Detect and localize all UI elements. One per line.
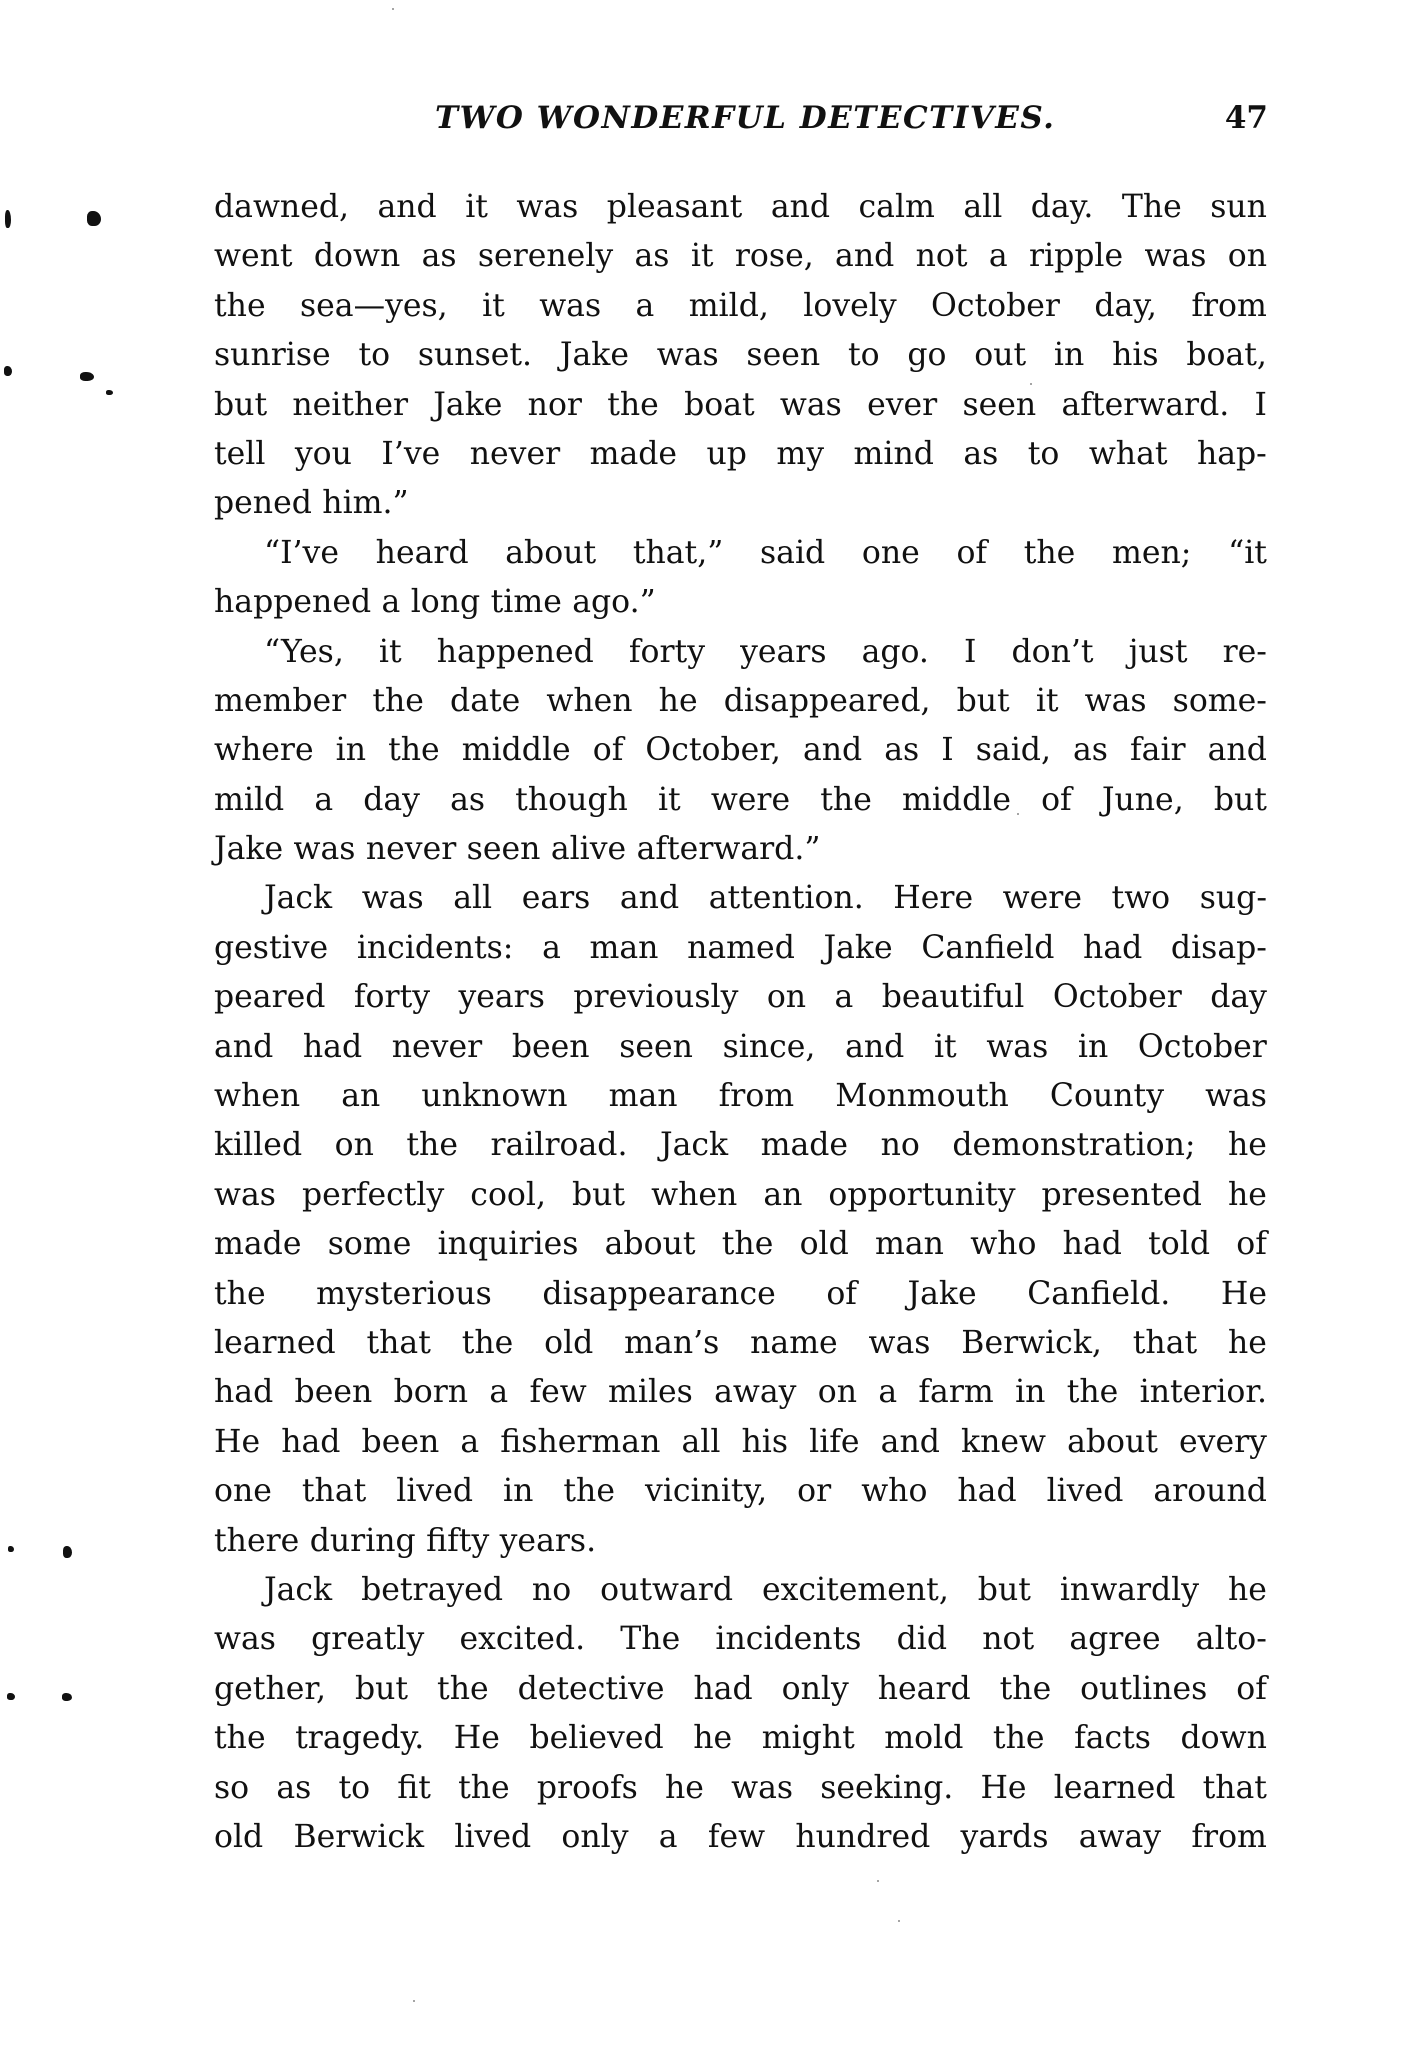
- word: but: [978, 1566, 1031, 1615]
- text-line: onethatlivedinthevicinity,orwhohadliveda…: [214, 1467, 1267, 1516]
- word: a: [989, 232, 1008, 281]
- word: He: [1221, 1270, 1267, 1319]
- word: out: [974, 331, 1026, 380]
- word: he: [693, 1714, 732, 1763]
- text-line: killedontherailroad.Jackmadenodemonstrat…: [214, 1121, 1267, 1170]
- word: to: [338, 1764, 370, 1813]
- word: years: [458, 973, 544, 1022]
- word: away: [1079, 1813, 1161, 1862]
- word: the: [607, 381, 659, 430]
- word: that,”: [633, 529, 724, 578]
- word: had: [1063, 1220, 1122, 1269]
- word: of: [593, 726, 624, 775]
- word: lived: [1047, 1467, 1124, 1516]
- word: was: [1144, 232, 1206, 281]
- word: previously: [573, 973, 738, 1022]
- word: during: [310, 1517, 416, 1566]
- word: never: [392, 1023, 482, 1072]
- body-text: dawned,anditwaspleasantandcalmallday.The…: [214, 183, 1267, 1862]
- word: County: [1050, 1072, 1164, 1121]
- word: re-: [1223, 628, 1267, 677]
- word: an: [763, 1171, 802, 1220]
- word: Jack: [264, 1566, 332, 1615]
- word: where: [214, 726, 314, 775]
- word: “I’ve: [264, 529, 339, 578]
- word: was: [869, 1319, 931, 1368]
- word: Jake: [908, 1270, 977, 1319]
- word: was: [780, 381, 842, 430]
- word: was: [294, 825, 356, 874]
- word: on: [767, 973, 806, 1022]
- word: opportunity: [828, 1171, 1015, 1220]
- word: lived: [454, 1813, 531, 1862]
- word: the: [1067, 1368, 1119, 1417]
- word: pened: [214, 479, 312, 528]
- word: demonstration;: [952, 1121, 1195, 1170]
- ink-mark: [63, 1546, 72, 1558]
- word: to: [358, 331, 390, 380]
- word: the: [437, 1665, 489, 1714]
- word: and: [377, 183, 436, 232]
- word: The: [1122, 183, 1182, 232]
- ink-mark: [5, 210, 11, 228]
- word: long: [411, 578, 481, 627]
- word: what: [1089, 430, 1168, 479]
- word: seen: [467, 825, 541, 874]
- text-line: “I’veheardaboutthat,”saidoneofthemen;“it: [214, 529, 1267, 578]
- word: and: [1208, 726, 1267, 775]
- word: peared: [214, 973, 325, 1022]
- word: fifty: [426, 1517, 489, 1566]
- word: man: [590, 924, 659, 973]
- word: sunset.: [418, 331, 532, 380]
- text-line: gestiveincidents:amannamedJakeCanfieldha…: [214, 924, 1267, 973]
- word: go: [907, 331, 946, 380]
- word: fit: [397, 1764, 431, 1813]
- text-line: thesea—yes,itwasamild,lovelyOctoberday,f…: [214, 282, 1267, 331]
- word: never: [366, 825, 456, 874]
- word: miles: [608, 1368, 693, 1417]
- word: outlines: [1080, 1665, 1207, 1714]
- word: killed: [214, 1121, 302, 1170]
- word: Monmouth: [835, 1072, 1009, 1121]
- word: hap-: [1197, 430, 1267, 479]
- text-line: wasgreatlyexcited.Theincidentsdidnotagre…: [214, 1615, 1267, 1664]
- word: Jake: [824, 924, 893, 973]
- word: member: [214, 677, 346, 726]
- ink-mark: [87, 211, 101, 226]
- word: knew: [961, 1418, 1046, 1467]
- word: of: [1236, 1665, 1267, 1714]
- text-line: penedhim.”: [214, 479, 1267, 528]
- word: day: [1210, 973, 1267, 1022]
- word: made: [761, 1121, 848, 1170]
- word: as: [1073, 726, 1108, 775]
- word: he: [659, 677, 698, 726]
- word: disappeared,: [724, 677, 931, 726]
- paper-speck: [1030, 383, 1032, 385]
- text-line: Jakewasneverseenaliveafterward.”: [214, 825, 1267, 874]
- word: Jake: [433, 381, 502, 430]
- word: were: [1003, 874, 1082, 923]
- word: detective: [518, 1665, 665, 1714]
- word: in: [336, 726, 366, 775]
- word: men;: [1112, 529, 1191, 578]
- word: Jake: [560, 331, 629, 380]
- word: it: [465, 183, 488, 232]
- ink-mark: [80, 372, 94, 381]
- paper-speck: [1017, 813, 1019, 815]
- text-line: Jackbetrayednooutwardexcitement,butinwar…: [214, 1566, 1267, 1615]
- word: middle: [902, 776, 1011, 825]
- word: dawned,: [214, 183, 349, 232]
- text-line: thetragedy.Hebelievedhemightmoldthefacts…: [214, 1714, 1267, 1763]
- text-line: tellyouI’venevermadeupmymindastowhathap-: [214, 430, 1267, 479]
- word: October: [931, 282, 1060, 331]
- word: as: [276, 1764, 311, 1813]
- word: some-: [1173, 677, 1267, 726]
- word: on: [1228, 232, 1267, 281]
- word: few: [708, 1813, 765, 1862]
- word: railroad.: [490, 1121, 627, 1170]
- word: but: [957, 677, 1010, 726]
- word: every: [1179, 1418, 1267, 1467]
- word: a: [542, 924, 561, 973]
- paper-speck: [877, 1880, 879, 1882]
- word: was: [539, 282, 601, 331]
- word: and: [214, 1023, 273, 1072]
- word: was: [657, 331, 719, 380]
- text-line: happenedalongtimeago.”: [214, 578, 1267, 627]
- word: disappearance: [542, 1270, 775, 1319]
- word: as: [884, 726, 919, 775]
- word: never: [470, 430, 560, 479]
- word: Jake: [214, 825, 283, 874]
- text-line: whenanunknownmanfromMonmouthCountywas: [214, 1072, 1267, 1121]
- word: one: [862, 529, 920, 578]
- word: ripple: [1029, 232, 1123, 281]
- word: He: [980, 1764, 1026, 1813]
- word: I: [1255, 381, 1267, 430]
- word: mild,: [689, 282, 769, 331]
- word: name: [750, 1319, 838, 1368]
- word: I: [964, 628, 976, 677]
- text-line: mildadayasthoughitwerethemiddleofJune,bu…: [214, 776, 1267, 825]
- word: unknown: [421, 1072, 567, 1121]
- word: ago.: [862, 628, 929, 677]
- word: fisherman: [500, 1418, 660, 1467]
- word: years: [740, 628, 826, 677]
- word: ago.”: [572, 578, 655, 627]
- word: but: [1214, 776, 1267, 825]
- ink-mark: [62, 1693, 72, 1701]
- word: had: [214, 1368, 273, 1417]
- word: heard: [878, 1665, 971, 1714]
- word: inquiries: [438, 1220, 579, 1269]
- word: in: [1015, 1368, 1045, 1417]
- word: only: [782, 1665, 849, 1714]
- word: don’t: [1011, 628, 1093, 677]
- word: excitement,: [762, 1566, 949, 1615]
- word: disap-: [1171, 924, 1267, 973]
- word: October,: [645, 726, 781, 775]
- text-line: learnedthattheoldman’snamewasBerwick,tha…: [214, 1319, 1267, 1368]
- text-line: hadbeenbornafewmilesawayonafarmintheinte…: [214, 1368, 1267, 1417]
- word: the: [214, 282, 266, 331]
- word: his: [1112, 331, 1159, 380]
- word: up: [707, 430, 747, 479]
- word: had: [303, 1023, 362, 1072]
- page-number: 47: [1225, 100, 1268, 136]
- word: a: [314, 776, 333, 825]
- word: gestive: [214, 924, 328, 973]
- paper-speck: [413, 2000, 415, 2002]
- word: was: [214, 1615, 276, 1664]
- word: yards: [961, 1813, 1049, 1862]
- word: learned: [1054, 1764, 1176, 1813]
- word: June,: [1102, 776, 1184, 825]
- word: named: [687, 924, 795, 973]
- word: and: [845, 1023, 904, 1072]
- word: all: [453, 874, 492, 923]
- word: date: [450, 677, 520, 726]
- word: all: [681, 1418, 720, 1467]
- word: were: [711, 776, 790, 825]
- word: he: [1228, 1121, 1267, 1170]
- word: you: [295, 430, 352, 479]
- word: as: [635, 232, 670, 281]
- word: beautiful: [882, 973, 1025, 1022]
- word: and: [881, 1418, 940, 1467]
- word: it: [1036, 677, 1059, 726]
- word: happened: [437, 628, 594, 677]
- word: tell: [214, 430, 265, 479]
- word: of: [956, 529, 987, 578]
- text-line: “Yes,ithappenedfortyyearsago.Idon’tjustr…: [214, 628, 1267, 677]
- left-margin-ink-marks: [0, 0, 200, 2045]
- word: he: [665, 1764, 704, 1813]
- word: when: [651, 1171, 737, 1220]
- word: and: [771, 183, 830, 232]
- word: to: [848, 331, 880, 380]
- word: alive: [551, 825, 626, 874]
- text-line: madesomeinquiriesabouttheoldmanwhohadtol…: [214, 1220, 1267, 1269]
- word: on: [335, 1121, 374, 1170]
- word: tragedy.: [295, 1714, 424, 1763]
- word: it: [482, 282, 505, 331]
- text-line: andhadneverbeenseensince,anditwasinOctob…: [214, 1023, 1267, 1072]
- word: might: [762, 1714, 855, 1763]
- word: October: [1053, 973, 1182, 1022]
- word: alto-: [1196, 1615, 1267, 1664]
- word: old: [214, 1813, 263, 1862]
- word: Here: [893, 874, 973, 923]
- word: though: [515, 776, 628, 825]
- word: day,: [1094, 282, 1157, 331]
- word: the: [458, 1764, 510, 1813]
- word: as: [963, 430, 998, 479]
- word: who: [970, 1220, 1036, 1269]
- word: in: [1078, 1023, 1108, 1072]
- word: that: [366, 1319, 430, 1368]
- word: said,: [976, 726, 1051, 775]
- text-line: gether,butthedetectivehadonlyheardtheout…: [214, 1665, 1267, 1714]
- word: Canfield.: [1027, 1270, 1170, 1319]
- word: was: [731, 1764, 793, 1813]
- word: mold: [884, 1714, 963, 1763]
- word: or: [797, 1467, 831, 1516]
- word: from: [1191, 1813, 1267, 1862]
- word: He: [454, 1714, 500, 1763]
- word: I: [941, 726, 953, 775]
- word: only: [561, 1813, 628, 1862]
- ink-mark: [106, 390, 113, 395]
- word: perfectly: [302, 1171, 444, 1220]
- word: Canfield: [921, 924, 1054, 973]
- word: the: [563, 1467, 615, 1516]
- word: interior.: [1140, 1368, 1267, 1417]
- word: farm: [918, 1368, 993, 1417]
- word: was: [1085, 677, 1147, 726]
- text-line: oldBerwicklivedonlyafewhundredyardsawayf…: [214, 1813, 1267, 1862]
- word: had: [957, 1467, 1016, 1516]
- word: told: [1148, 1220, 1210, 1269]
- word: all: [963, 183, 1002, 232]
- word: so: [214, 1764, 249, 1813]
- word: middle: [462, 726, 571, 775]
- word: the: [1000, 1665, 1052, 1714]
- word: incidents:: [357, 924, 514, 973]
- word: about: [505, 529, 596, 578]
- word: presented: [1042, 1171, 1202, 1220]
- word: an: [341, 1072, 380, 1121]
- word: around: [1153, 1467, 1267, 1516]
- word: man: [875, 1220, 944, 1269]
- word: that: [1203, 1764, 1267, 1813]
- word: years.: [500, 1517, 596, 1566]
- word: boat,: [1186, 331, 1267, 380]
- book-page: TWO WONDERFUL DETECTIVES. 47 dawned,andi…: [0, 0, 1401, 2045]
- word: believed: [529, 1714, 663, 1763]
- word: the: [214, 1714, 266, 1763]
- word: two: [1112, 874, 1171, 923]
- ink-mark: [7, 1693, 15, 1700]
- word: old: [800, 1220, 849, 1269]
- word: him.”: [322, 479, 408, 528]
- word: made: [214, 1220, 301, 1269]
- word: he: [1228, 1319, 1267, 1368]
- word: made: [590, 430, 677, 479]
- word: pleasant: [607, 183, 743, 232]
- running-head: TWO WONDERFUL DETECTIVES. 47: [210, 100, 1270, 144]
- word: been: [295, 1368, 373, 1417]
- word: gether,: [214, 1665, 326, 1714]
- word: attention.: [709, 874, 864, 923]
- word: he: [1228, 1566, 1267, 1615]
- word: ever: [867, 381, 937, 430]
- word: but: [355, 1665, 408, 1714]
- word: down: [1181, 1714, 1267, 1763]
- word: in: [1054, 331, 1084, 380]
- word: had: [693, 1665, 752, 1714]
- word: since,: [723, 1023, 816, 1072]
- word: mind: [854, 430, 934, 479]
- word: day.: [1031, 183, 1094, 232]
- text-line: Hehadbeenafishermanallhislifeandknewabou…: [214, 1418, 1267, 1467]
- word: had: [281, 1418, 340, 1467]
- word: “Yes,: [264, 628, 344, 677]
- word: of: [826, 1270, 857, 1319]
- word: about: [605, 1220, 696, 1269]
- word: the: [388, 726, 440, 775]
- word: the: [820, 776, 872, 825]
- word: seen: [962, 381, 1036, 430]
- word: facts: [1074, 1714, 1151, 1763]
- word: neither: [292, 381, 408, 430]
- word: the: [214, 1270, 266, 1319]
- word: happened: [214, 578, 371, 627]
- word: of: [1041, 776, 1072, 825]
- text-line: memberthedatewhenhedisappeared,butitwass…: [214, 677, 1267, 726]
- word: I’ve: [381, 430, 440, 479]
- ink-mark: [4, 366, 12, 376]
- word: Berwick: [293, 1813, 424, 1862]
- word: inwardly: [1060, 1566, 1199, 1615]
- word: there: [214, 1517, 299, 1566]
- word: was: [214, 1171, 276, 1220]
- word: few: [529, 1368, 586, 1417]
- word: nor: [528, 381, 582, 430]
- word: man’s: [624, 1319, 719, 1368]
- word: sunrise: [214, 331, 331, 380]
- word: the: [722, 1220, 774, 1269]
- text-line: sunrisetosunset.Jakewasseentogooutinhisb…: [214, 331, 1267, 380]
- word: my: [776, 430, 824, 479]
- word: calm: [859, 183, 935, 232]
- word: some: [328, 1220, 412, 1269]
- word: that: [1133, 1319, 1197, 1368]
- word: and: [835, 232, 894, 281]
- word: proofs: [537, 1764, 638, 1813]
- word: day: [363, 776, 420, 825]
- word: about: [1067, 1418, 1158, 1467]
- word: in: [503, 1467, 533, 1516]
- text-line: themysteriousdisappearanceofJakeCanfield…: [214, 1270, 1267, 1319]
- paragraph: “I’veheardaboutthat,”saidoneofthemen;“it…: [214, 529, 1267, 628]
- word: did: [897, 1615, 947, 1664]
- paragraph: “Yes,ithappenedfortyyearsago.Idon’tjustr…: [214, 628, 1267, 875]
- word: a: [835, 973, 854, 1022]
- word: on: [818, 1368, 857, 1417]
- word: of: [1236, 1220, 1267, 1269]
- word: forty: [354, 973, 430, 1022]
- word: the: [1024, 529, 1076, 578]
- word: He: [214, 1418, 260, 1467]
- word: incidents: [715, 1615, 861, 1664]
- word: when: [214, 1072, 300, 1121]
- word: rose,: [735, 232, 814, 281]
- word: the: [462, 1319, 514, 1368]
- word: the: [372, 677, 424, 726]
- text-line: wasperfectlycool,butwhenanopportunitypre…: [214, 1171, 1267, 1220]
- word: a: [659, 1813, 678, 1862]
- word: outward: [600, 1566, 733, 1615]
- word: learned: [214, 1319, 336, 1368]
- word: seeking.: [820, 1764, 953, 1813]
- word: a: [489, 1368, 508, 1417]
- text-line: thereduringfiftyyears.: [214, 1517, 1267, 1566]
- text-line: Jackwasallearsandattention.Hereweretwosu…: [214, 874, 1267, 923]
